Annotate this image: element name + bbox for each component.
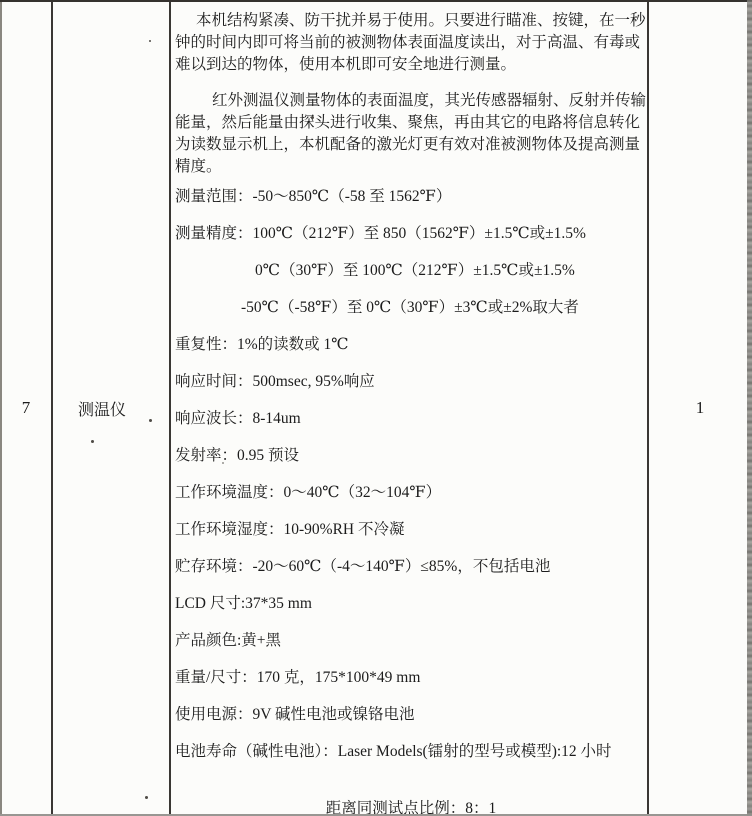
description-line: 红外测温仪测量物体的表面温度，其光传感器辐射、反射并传输 — [175, 90, 647, 112]
description-line: 能量，然后能量由探头进行收集、聚焦，再由其它的电路将信息转化 — [175, 112, 647, 134]
description-line: 测量范围：-50～850℃（-58 至 1562℉） — [175, 188, 647, 205]
quantity-value: 1 — [696, 398, 706, 418]
description-lines: 本机结构紧凑、防干扰并易于使用。只要进行瞄准、按键，在一秒钟的时间内即可将当前的… — [175, 10, 647, 814]
description-line: 工作环境温度：0～40℃（32～104℉） — [175, 484, 647, 501]
description-line: 本机结构紧凑、防干扰并易于使用。只要进行瞄准、按键，在一秒 — [175, 10, 647, 32]
description-line: 钟的时间内即可将当前的被测物体表面温度读出，对于高温、有毒或 — [175, 32, 647, 54]
description-line: -50℃（-58℉）至 0℃（30℉）±3℃或±2%取大者 — [175, 299, 647, 316]
description-line: 使用电源：9V 碱性电池或镍铬电池 — [175, 706, 647, 723]
scan-speck — [149, 40, 151, 42]
description-line: 为读数显示机上，本机配备的激光灯更有效对准被测物体及提高测量 — [175, 134, 647, 156]
scan-page-right-edge — [747, 0, 752, 816]
description-line: 测量精度：100℃（212℉）至 850（1562℉）±1.5℃或±1.5% — [175, 225, 647, 242]
cell-item-description: 本机结构紧凑、防干扰并易于使用。只要进行瞄准、按键，在一秒钟的时间内即可将当前的… — [171, 2, 649, 814]
description-line: 电池寿命（碱性电池）：Laser Models(镭射的型号或模型):12 小时 — [175, 743, 647, 760]
scan-speck — [91, 440, 94, 443]
scan-speck — [222, 462, 224, 464]
cell-item-name: 测温仪 — [53, 2, 171, 814]
scanned-document-page: 7 测温仪 本机结构紧凑、防干扰并易于使用。只要进行瞄准、按键，在一秒钟的时间内… — [0, 0, 752, 816]
cell-quantity: 1 — [649, 2, 752, 814]
cell-item-number: 7 — [0, 2, 53, 814]
description-line: 重量/尺寸：170 克，175*100*49 mm — [175, 669, 647, 686]
description-line: 精度。 — [175, 156, 647, 178]
description-line: 贮存环境：-20～60℃（-4～140℉）≤85%，不包括电池 — [175, 558, 647, 575]
description-line: 距离同测试点比例：8：1 — [175, 800, 647, 814]
description-line: 响应波长：8-14um — [175, 410, 647, 427]
item-name: 测温仪 — [78, 397, 126, 420]
description-line: 响应时间：500msec, 95%响应 — [175, 373, 647, 390]
description-line: 0℃（30℉）至 100℃（212℉）±1.5℃或±1.5% — [175, 262, 647, 279]
item-number: 7 — [22, 398, 32, 418]
scan-speck — [311, 116, 314, 119]
scan-speck — [149, 419, 152, 422]
spec-table-row: 7 测温仪 本机结构紧凑、防干扰并易于使用。只要进行瞄准、按键，在一秒钟的时间内… — [0, 0, 752, 816]
scan-speck — [145, 796, 148, 799]
description-line: 难以到达的物体，使用本机即可安全地进行测量。 — [175, 54, 647, 76]
description-line: 重复性：1%的读数或 1℃ — [175, 336, 647, 353]
description-line: 发射率：0.95 预设 — [175, 447, 647, 464]
description-line: 产品颜色:黄+黑 — [175, 632, 647, 649]
description-line: 工作环境湿度：10-90%RH 不冷凝 — [175, 521, 647, 538]
description-line: LCD 尺寸:37*35 mm — [175, 595, 647, 612]
